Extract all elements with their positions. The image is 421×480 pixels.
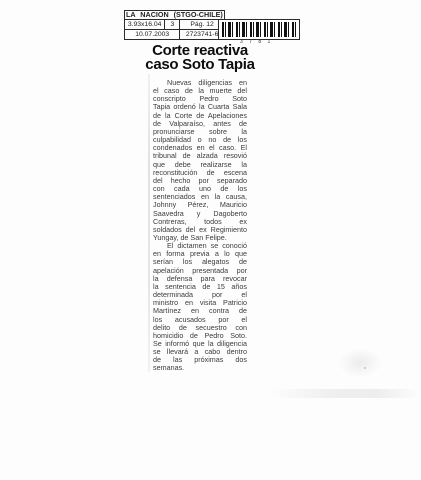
clip-size-cell: 3.93x16.04 (125, 20, 165, 30)
masthead-title: LA NACION (STGO-CHILE) (125, 11, 225, 20)
scan-speck (364, 367, 366, 369)
barcode-icon (222, 22, 296, 37)
barcode (218, 19, 300, 40)
scan-crease-line (148, 74, 150, 372)
article-line: semanas. (153, 364, 247, 372)
scan-smudge (338, 348, 382, 378)
scan-streak (270, 389, 421, 398)
clip-date-cell: 10.07.2003 (125, 30, 180, 40)
clipping-header-table: LA NACION (STGO-CHILE) 3.93x16.04 3 Pág.… (124, 10, 225, 40)
scan-page: LA NACION (STGO-CHILE) 3.93x16.04 3 Pág.… (0, 0, 421, 480)
headline-line-2: caso Soto Tapia (138, 58, 262, 72)
clip-number-cell: 3 (165, 20, 180, 30)
article-headline: Corte reactiva caso Soto Tapia (138, 44, 262, 72)
article-body: Nuevas diligencias enel caso de la muert… (153, 79, 247, 373)
